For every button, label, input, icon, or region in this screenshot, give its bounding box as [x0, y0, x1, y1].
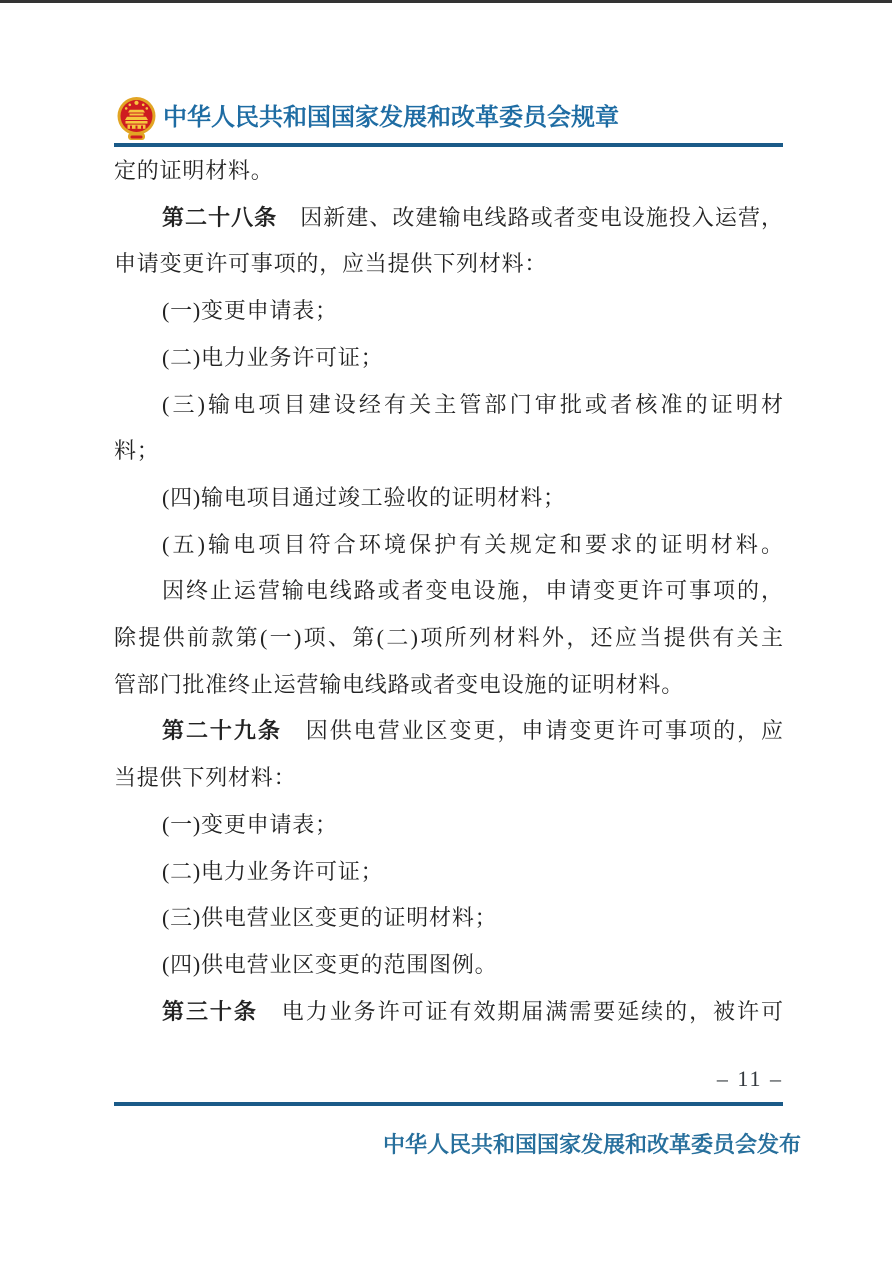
- line-text: 因供电营业区变更，申请变更许可事项的，应: [306, 718, 783, 743]
- line-text: (四)供电营业区变更的范围图例。: [162, 952, 497, 977]
- body-line: 第三十条 电力业务许可证有效期届满需要延续的，被许可: [114, 989, 783, 1036]
- body-line: (二)电力业务许可证；: [114, 335, 783, 382]
- body-line: 除提供前款第(一)项、第(二)项所列材料外，还应当提供有关主: [114, 615, 783, 662]
- body-line: 当提供下列材料：: [114, 755, 783, 802]
- body-line: 因终止运营输电线路或者变电设施，申请变更许可事项的，: [114, 568, 783, 615]
- body-line: (一)变更申请表；: [114, 802, 783, 849]
- body-line: 申请变更许可事项的，应当提供下列材料：: [114, 241, 783, 288]
- line-text: (三)供电营业区变更的证明材料；: [162, 905, 497, 930]
- line-text: (四)输电项目通过竣工验收的证明材料；: [162, 485, 566, 510]
- line-text: (二)电力业务许可证；: [162, 859, 383, 884]
- header-title: 中华人民共和国国家发展和改革委员会规章: [163, 104, 619, 133]
- body-line: (四)输电项目通过竣工验收的证明材料；: [114, 475, 783, 522]
- line-text: 料；: [114, 438, 160, 463]
- line-text: 电力业务许可证有效期届满需要延续的，被许可: [282, 999, 783, 1024]
- footer-rule: [114, 1102, 783, 1106]
- body-line: 第二十八条 因新建、改建输电线路或者变电设施投入运营，: [114, 195, 783, 242]
- header-rule: [114, 143, 783, 147]
- body-line: (三)供电营业区变更的证明材料；: [114, 895, 783, 942]
- body-line: 料；: [114, 428, 783, 475]
- page-header: 中华人民共和国国家发展和改革委员会规章: [116, 96, 619, 141]
- body-line: 定的证明材料。: [114, 148, 783, 195]
- body-line: (一)变更申请表；: [114, 288, 783, 335]
- article-number: 第二十九条: [162, 718, 306, 743]
- publisher-line: 中华人民共和国国家发展和改革委员会发布: [383, 1128, 801, 1159]
- body-line: (五)输电项目符合环境保护有关规定和要求的证明材料。: [114, 522, 783, 569]
- body-line: 第二十九条 因供电营业区变更，申请变更许可事项的，应: [114, 708, 783, 755]
- body-line: (四)供电营业区变更的范围图例。: [114, 942, 783, 989]
- line-text: 定的证明材料。: [114, 158, 274, 183]
- line-text: 管部门批准终止运营输电线路或者变电设施的证明材料。: [114, 672, 684, 697]
- page-number: – 11 –: [717, 1066, 783, 1092]
- body-line: 管部门批准终止运营输电线路或者变电设施的证明材料。: [114, 662, 783, 709]
- line-text: 申请变更许可事项的，应当提供下列材料：: [114, 251, 547, 276]
- line-text: 因新建、改建输电线路或者变电设施投入运营，: [300, 205, 783, 230]
- document-page: 中华人民共和国国家发展和改革委员会规章 定的证明材料。 第二十八条 因新建、改建…: [0, 0, 892, 1262]
- article-number: 第三十条: [162, 999, 282, 1024]
- line-text: (一)变更申请表；: [162, 298, 338, 323]
- line-text: (三)输电项目建设经有关主管部门审批或者核准的证明材: [162, 392, 783, 417]
- article-number: 第二十八条: [162, 205, 300, 230]
- line-text: (一)变更申请表；: [162, 812, 338, 837]
- line-text: 除提供前款第(一)项、第(二)项所列材料外，还应当提供有关主: [114, 625, 783, 650]
- body-line: (三)输电项目建设经有关主管部门审批或者核准的证明材: [114, 382, 783, 429]
- top-border-line: [0, 0, 892, 3]
- line-text: 因终止运营输电线路或者变电设施，申请变更许可事项的，: [162, 578, 783, 603]
- document-body: 定的证明材料。 第二十八条 因新建、改建输电线路或者变电设施投入运营， 申请变更…: [114, 148, 783, 1035]
- body-line: (二)电力业务许可证；: [114, 849, 783, 896]
- line-text: (二)电力业务许可证；: [162, 345, 383, 370]
- china-national-emblem-icon: [116, 96, 157, 141]
- line-text: 当提供下列材料：: [114, 765, 296, 790]
- line-text: (五)输电项目符合环境保护有关规定和要求的证明材料。: [162, 532, 783, 557]
